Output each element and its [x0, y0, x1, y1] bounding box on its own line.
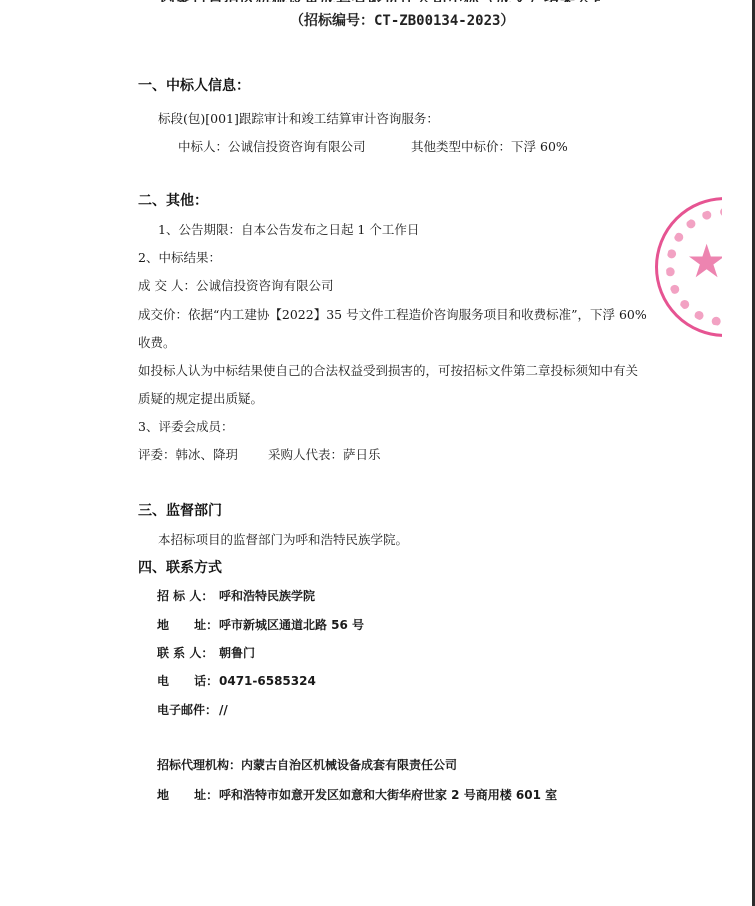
seal-ring-text [666, 208, 722, 326]
deal-party-label: 成 交 人： [138, 278, 196, 293]
tender-number: （招标编号：CT-ZB00134-2023） [290, 13, 514, 29]
contact-row-tenderer: 招 标 人：呼和浩特民族学院 [157, 588, 315, 604]
agency-line: 招标代理机构：内蒙古自治区机械设备成套有限责任公司 [157, 757, 457, 773]
contact-label: 联 系 人： [157, 645, 219, 661]
contact-value: 朝鲁门 [219, 646, 255, 660]
page-gutter [722, 0, 752, 906]
section2-heading: 二、其他： [138, 193, 208, 209]
judges-label: 评委： [138, 447, 176, 462]
section1-heading: 一、中标人信息： [138, 78, 250, 94]
contact-value: 0471-6585324 [219, 674, 316, 688]
result-heading: 2、中标结果： [138, 250, 221, 266]
winner-value: 公诚信投资咨询有限公司 [228, 139, 366, 154]
deal-price-line-2: 收费。 [138, 335, 176, 351]
contact-row-person: 联 系 人：朝鲁门 [157, 645, 255, 661]
buyer-rep-value: 萨日乐 [343, 447, 381, 462]
deal-party-value: 公诚信投资咨询有限公司 [196, 278, 334, 293]
contact-label: 电子邮件： [157, 702, 219, 718]
objection-line-1: 如投标人认为中标结果使自己的合法权益受到损害的，可按招标文件第二章投标须知中有关 [138, 363, 638, 379]
judges-value: 韩冰、降玥 [176, 447, 239, 462]
official-seal-icon: ★ [655, 197, 722, 337]
winner-label: 中标人： [178, 139, 228, 154]
contact-row-phone: 电 话：0471-6585324 [157, 673, 316, 689]
deal-price-line-1: 成交价：依据“内工建协【2022】35 号文件工程造价咨询服务项目和收费标准”，… [138, 307, 647, 323]
contact-row-address: 地 址：呼市新城区通道北路 56 号 [157, 617, 364, 633]
notice-period: 1、公告期限：自本公告发布之日起 1 个工作日 [158, 222, 419, 238]
document-title-cut: 内蒙古自治区机械设备成套有限责任公司中标（成交）结果公告 [160, 0, 600, 2]
contact-value: // [219, 703, 228, 717]
committee-heading: 3、评委会成员： [138, 419, 233, 435]
contact-label: 电 话： [157, 673, 219, 689]
section4-heading: 四、联系方式 [138, 560, 222, 576]
agency-label: 招标代理机构： [157, 758, 241, 772]
price-line: 其他类型中标价：下浮 60% [411, 139, 568, 155]
agency-value: 内蒙古自治区机械设备成套有限责任公司 [241, 758, 457, 772]
contact-label: 招 标 人： [157, 588, 219, 604]
objection-line-2: 质疑的规定提出质疑。 [138, 391, 263, 407]
star-icon: ★ [686, 238, 722, 284]
contact-value: 呼和浩特民族学院 [219, 589, 315, 603]
agency-address-label: 地 址： [157, 787, 219, 803]
supervision-text: 本招标项目的监督部门为呼和浩特民族学院。 [158, 532, 408, 548]
agency-address-value: 呼和浩特市如意开发区如意和大街华府世家 2 号商用楼 601 室 [219, 788, 557, 802]
judges-line: 评委：韩冰、降玥 [138, 447, 238, 463]
contact-label: 地 址： [157, 617, 219, 633]
buyer-rep-label: 采购人代表： [268, 447, 343, 462]
buyer-rep-line: 采购人代表：萨日乐 [268, 447, 381, 463]
winner-line: 中标人：公诚信投资咨询有限公司 [178, 139, 366, 155]
price-label: 其他类型中标价： [411, 139, 511, 154]
contact-value: 呼市新城区通道北路 56 号 [219, 618, 364, 632]
lot-line: 标段(包)[001]跟踪审计和竣工结算审计咨询服务： [158, 111, 439, 127]
document-page: 内蒙古自治区机械设备成套有限责任公司中标（成交）结果公告 （招标编号：CT-ZB… [0, 0, 722, 906]
contact-row-email: 电子邮件：// [157, 702, 228, 718]
price-value: 下浮 60% [511, 139, 568, 154]
section3-heading: 三、监督部门 [138, 503, 222, 519]
deal-party-line: 成 交 人：公诚信投资咨询有限公司 [138, 278, 333, 294]
agency-address-line: 地 址：呼和浩特市如意开发区如意和大街华府世家 2 号商用楼 601 室 [157, 787, 557, 803]
